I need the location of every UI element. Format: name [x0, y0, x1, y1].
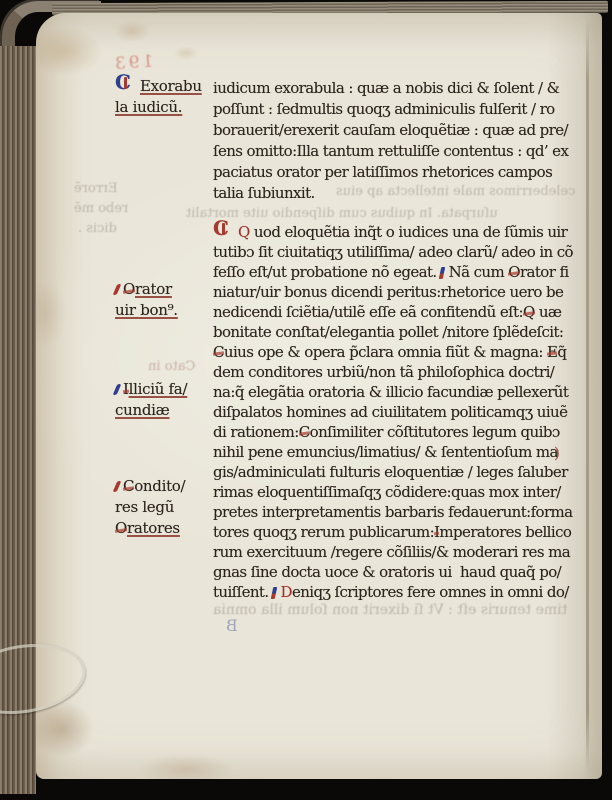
text-segment: talia ſubiunxit.	[213, 184, 315, 202]
rubricated-initial: O	[508, 262, 520, 282]
margin-note-line: cundiæ	[115, 400, 187, 421]
text-segment: rator	[135, 280, 172, 298]
rubricated-initial: O	[115, 518, 127, 539]
ink-mark-icon	[438, 267, 445, 279]
text-segment: iudicum exorabula : quæ a nobis dici & ſ…	[213, 79, 559, 97]
page-crease	[586, 19, 589, 773]
text-line: niatur/uir bonus dicendi peritus:rhetori…	[213, 282, 569, 302]
text-segment: poſſunt : ſedmultis quoqʒ adminiculis fu…	[213, 100, 555, 118]
text-segment: diſpalatos homines ad ciuilitatem politi…	[213, 403, 567, 421]
text-segment: uir bon⁹.	[115, 301, 178, 319]
text-line: di rationem:Conſimiliter cõſtitutores le…	[213, 422, 569, 442]
text-line: rum exercituum /regere cõſiliis/& modera…	[213, 542, 569, 562]
text-line: diſpalatos homines ad ciuilitatem politi…	[213, 402, 569, 422]
text-segment: uæ	[535, 303, 562, 321]
text-segment: tores quoqʒ rerum publicarum:	[213, 523, 434, 541]
text-segment: nedicendi ſciẽtia/utilẽ eſſe eã confiten…	[213, 303, 523, 321]
text-segment: mperatores bellico	[439, 523, 571, 541]
text-segment: eniqʒ ſcriptores fere omnes in omni do/	[292, 583, 569, 601]
text-segment: feſſo eſt/ut probatione nõ egeat.	[213, 263, 437, 281]
text-segment: Nã cum	[449, 263, 509, 281]
text-line: nedicendi ſciẽtia/utilẽ eſſe eã confiten…	[213, 302, 569, 322]
text-segment: gnas ſine docta uoce & oratoris ui haud …	[213, 563, 561, 581]
bleedthrough-text: B	[226, 616, 238, 635]
text-segment: onſimiliter cõſtitutores legum quibɔ	[310, 423, 560, 441]
paragraph: Q uod eloquẽtia inq̃t o iudices una de ſ…	[213, 222, 569, 602]
pilcrow-icon	[115, 76, 132, 91]
margin-note: Condito/res legũOratores	[115, 476, 185, 539]
text-segment: la iudicũ.	[115, 98, 182, 116]
text-line: feſſo eſt/ut probatione nõ egeat.Nã cum …	[213, 262, 569, 282]
text-line: na:q̃ elegãtia oratoria & illicio facund…	[213, 382, 569, 402]
text-segment: Exorabu	[140, 77, 202, 95]
rubricated-initial: I	[434, 522, 439, 542]
text-segment: tutibɔ ſit ciuitatiqʒ utiliſſima/ adeo c…	[213, 243, 573, 261]
text-segment: di rationem:	[213, 423, 299, 441]
main-text-block: iudicum exorabula : quæ a nobis dici & ſ…	[213, 78, 569, 602]
rubricated-initial: C	[213, 342, 224, 362]
text-segment: cundiæ	[115, 401, 169, 419]
margin-note-line: Oratores	[115, 518, 185, 539]
margin-note-line: Orator	[115, 279, 178, 300]
pilcrow-icon	[213, 222, 230, 237]
book-page: 193 celeberrimos male intellecta ap eius…	[36, 13, 602, 779]
text-segment: paciatus orator per latiſſimos rhetorice…	[213, 163, 552, 181]
text-line: dem conditores urbiũ/non tã philoſophica…	[213, 362, 569, 382]
margin-note-line: Condito/	[115, 476, 185, 497]
text-line: tuiſſent.Deniqʒ ſcriptores fere omnes in…	[213, 582, 569, 602]
text-segment: nihil pene emuncius/limatius/ & ſententi…	[213, 443, 558, 461]
rubricated-initial: E	[547, 342, 557, 362]
text-segment: bonitate conſtat/elegantia pollet /nitor…	[213, 323, 563, 341]
rubricated-initial: Q	[238, 223, 250, 241]
margin-note-line: Illiciũ fa/	[115, 379, 187, 400]
text-segment: niatur/uir bonus dicendi peritus:rhetori…	[213, 283, 563, 301]
text-segment: ondito/	[134, 477, 185, 495]
text-segment: tuiſſent.	[213, 583, 269, 601]
text-segment: na:q̃ elegãtia oratoria & illicio facund…	[213, 383, 568, 401]
rubricated-initial: Q	[523, 302, 535, 322]
rubricated-initial: C	[123, 476, 134, 497]
paragraph-tick-icon	[113, 481, 122, 492]
text-line: gis/adminiculati fulturis eloquentiæ / l…	[213, 462, 569, 482]
text-segment: dem conditores urbiũ/non tã philoſophica…	[213, 363, 554, 381]
text-segment: uius ope & opera p̃clara omnia fiũt & ma…	[224, 343, 547, 361]
text-line: talia ſubiunxit.	[213, 183, 569, 204]
page-photo: 193 celeberrimos male intellecta ap eius…	[0, 0, 612, 800]
text-line: nihil pene emuncius/limatius/ & ſententi…	[213, 442, 569, 462]
text-segment: res legũ	[115, 498, 174, 516]
text-line: rimas eloquentiſſimaſqʒ cõdidere:quas mo…	[213, 482, 569, 502]
paragraph-tick-icon	[113, 284, 122, 295]
text-line: poſſunt : ſedmultis quoqʒ adminiculis fu…	[213, 99, 569, 120]
margin-note: Oratoruir bon⁹.	[115, 279, 178, 321]
text-line: gnas ſine docta uoce & oratoris ui haud …	[213, 562, 569, 582]
margin-note: Exorabula iudicũ.	[115, 76, 202, 118]
text-line: tutibɔ ſit ciuitatiqʒ utiliſſima/ adeo c…	[213, 242, 569, 262]
text-line: tores quoqʒ rerum publicarum:Imperatores…	[213, 522, 569, 542]
rubricated-initial: D	[281, 583, 292, 601]
text-segment: rimas eloquentiſſimaſqʒ cõdidere:quas mo…	[213, 483, 561, 501]
text-line: pretes interpretamentis barbaris fedauer…	[213, 502, 569, 522]
margin-note-line: uir bon⁹.	[115, 300, 178, 321]
ink-mark-icon	[270, 587, 277, 599]
margin-note-line: Exorabu	[115, 76, 202, 97]
text-segment: ſens omitto:Illa tantum rettuliſſe conte…	[213, 142, 568, 160]
text-segment: borauerit/erexerit cauſam eloquẽtiæ : qu…	[213, 121, 568, 139]
text-line: borauerit/erexerit cauſam eloquẽtiæ : qu…	[213, 120, 569, 141]
text-segment: uod eloquẽtia inq̃t o iudices una de ſũm…	[250, 223, 567, 241]
text-segment: ratores	[127, 519, 180, 537]
text-line: ſens omitto:Illa tantum rettuliſſe conte…	[213, 141, 569, 162]
rubricated-initial: C	[299, 422, 310, 442]
paragraph: iudicum exorabula : quæ a nobis dici & ſ…	[213, 78, 569, 204]
text-segment: gis/adminiculati fulturis eloquentiæ / l…	[213, 463, 568, 481]
text-line: paciatus orator per latiſſimos rhetorice…	[213, 162, 569, 183]
text-line: Cuius ope & opera p̃clara omnia fiũt & m…	[213, 342, 569, 362]
text-line: bonitate conſtat/elegantia pollet /nitor…	[213, 322, 569, 342]
rubricated-initial: O	[123, 279, 135, 300]
bleedthrough-text: time tenuris eſt : Vt ſi dixerit non ſol…	[213, 602, 567, 618]
text-segment: rator fi	[520, 263, 569, 281]
text-line: Q uod eloquẽtia inq̃t o iudices una de ſ…	[213, 222, 569, 242]
text-segment: lliciũ fa/	[129, 380, 188, 398]
margin-note-line: res legũ	[115, 497, 185, 518]
text-segment: pretes interpretamentis barbaris fedauer…	[213, 503, 573, 521]
red-paren-mark: )	[554, 443, 559, 463]
text-line: iudicum exorabula : quæ a nobis dici & ſ…	[213, 78, 569, 99]
text-segment: rum exercituum /regere cõſiliis/& modera…	[213, 543, 570, 561]
paragraph-tick-icon	[113, 384, 122, 395]
rubricated-initial: I	[123, 379, 129, 400]
margin-note-line: la iudicũ.	[115, 97, 202, 118]
text-segment: q̃	[557, 343, 566, 361]
margin-note: Illiciũ fa/cundiæ	[115, 379, 187, 421]
